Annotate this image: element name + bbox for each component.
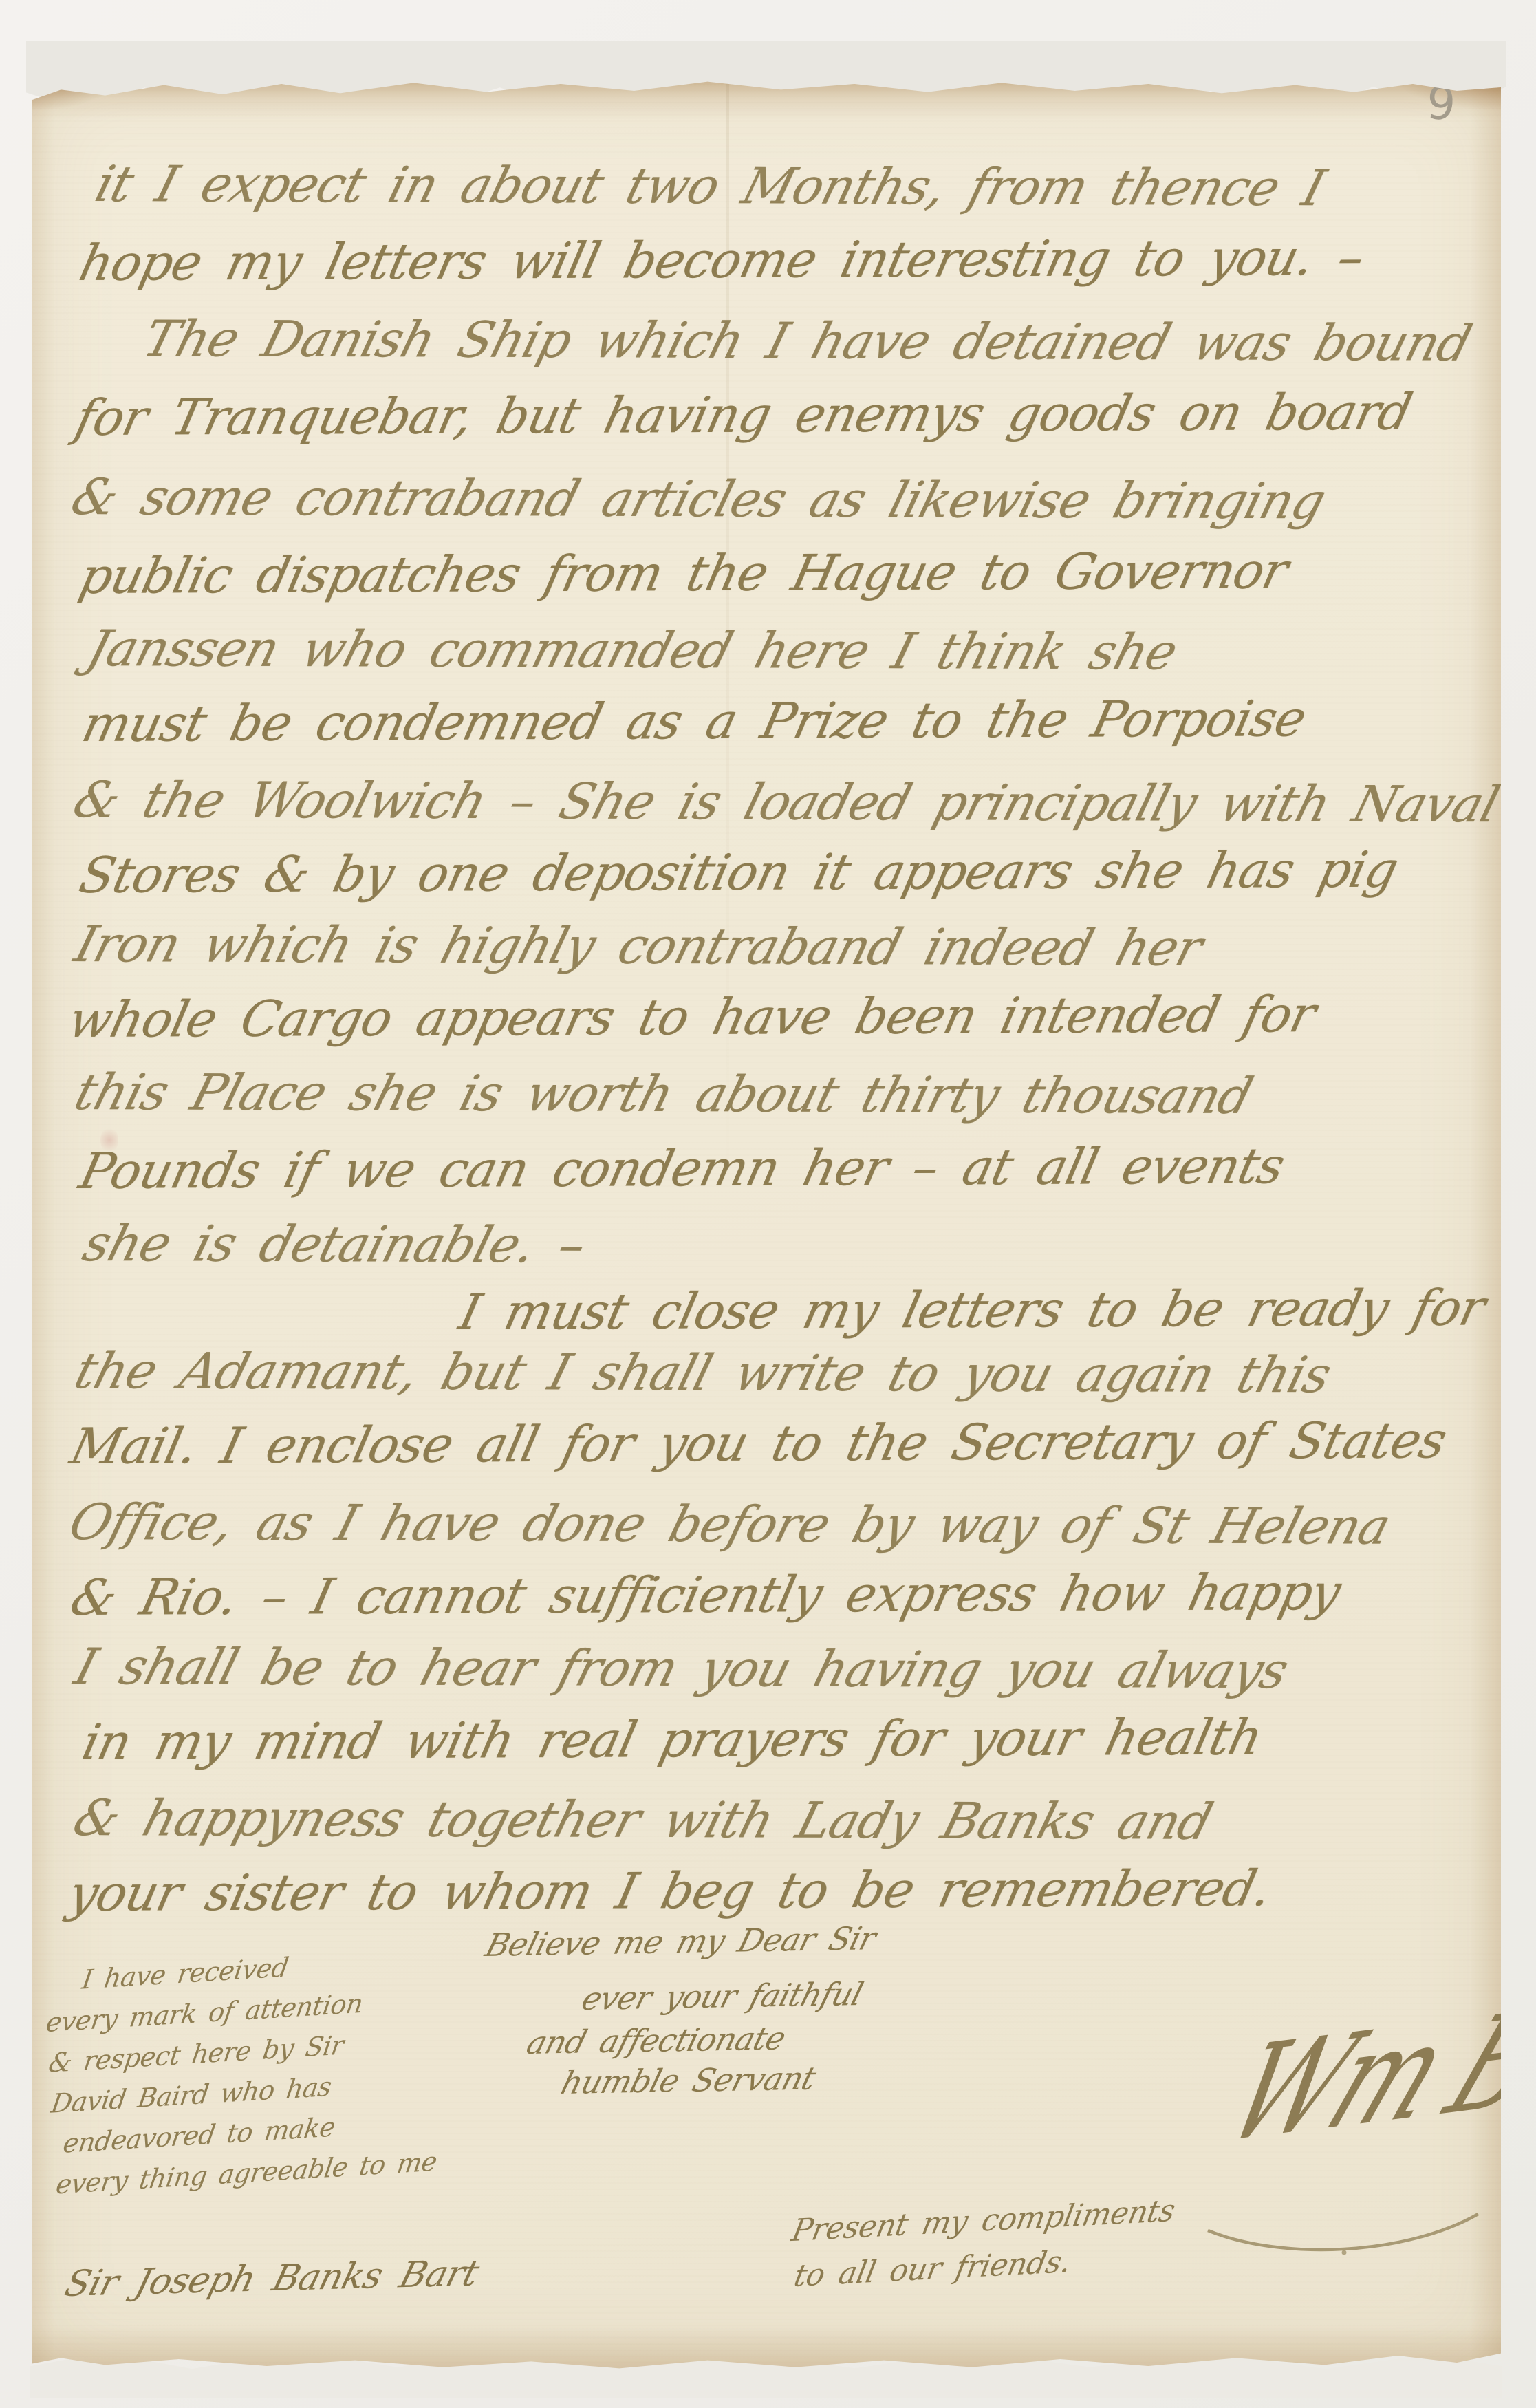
closing-line: ever your faithful: [578, 1975, 867, 2017]
manuscript-line: whole Cargo appears to have been intende…: [63, 985, 1321, 1049]
manuscript-line: & Rio. – I cannot sufficiently express h…: [65, 1563, 1345, 1626]
manuscript-line: she is detainable. –: [77, 1214, 592, 1274]
closing-line: Believe me my Dear Sir: [482, 1920, 880, 1964]
manuscript-line: hope my letters will become interesting …: [74, 228, 1370, 292]
manuscript-line: in my mind with real prayers for your he…: [77, 1708, 1267, 1771]
postscript: Present my compliments to all our friend…: [791, 2189, 1178, 2299]
signature: Wm Bligh: [1207, 1960, 1536, 2173]
manuscript-line: your sister to whom I beg to be remember…: [63, 1859, 1277, 1922]
recipient-line: Sir Joseph Banks Bart: [61, 2253, 483, 2305]
closing-line: and affectionate: [523, 2020, 790, 2061]
manuscript-line: I must close my letters to be ready for: [454, 1279, 1490, 1341]
manuscript-line: the Adamant, but I shall write to you ag…: [69, 1342, 1337, 1404]
manuscript-line: I shall be to hear from you having you a…: [69, 1637, 1294, 1699]
manuscript-line: Stores & by one deposition it appears sh…: [74, 841, 1403, 904]
manuscript-line: for Tranquebar, but having enemys goods …: [70, 383, 1417, 447]
manuscript-line: Pounds if we can condemn her – at all ev…: [74, 1137, 1290, 1200]
manuscript-line: public dispatches from the Hague to Gove…: [74, 541, 1293, 605]
manuscript-line: & happyness together with Lady Banks and: [67, 1789, 1218, 1851]
marginal-note: I have received every mark of attention …: [43, 1939, 438, 2205]
manuscript-line: it I expect in about two Months, from th…: [89, 155, 1331, 217]
closing-line: humble Servant: [557, 2060, 819, 2101]
signature-block: Wm Bligh: [1200, 2046, 1502, 2273]
manuscript-line: Office, as I have done before by way of …: [63, 1493, 1396, 1556]
scanner-background: 9 it I expect in about two Months, from …: [0, 0, 1536, 2408]
manuscript-line: & some contraband articles as likewise b…: [65, 468, 1332, 530]
manuscript-line: & the Woolwich – She is loaded principal…: [67, 771, 1505, 833]
signature-flourish-icon: [1200, 2204, 1489, 2259]
manuscript-line: Iron which is highly contraband indeed h…: [69, 915, 1208, 977]
manuscript-line: must be condemned as a Prize to the Porp…: [77, 689, 1311, 753]
letter-paper: 9 it I expect in about two Months, from …: [32, 77, 1501, 2369]
manuscript-line: this Place she is worth about thirty tho…: [69, 1063, 1258, 1125]
manuscript-line: Mail. I enclose all for you to the Secre…: [65, 1411, 1451, 1475]
manuscript-line: The Danish Ship which I have detained wa…: [138, 310, 1477, 372]
manuscript-line: Janssen who commanded here I think she: [81, 619, 1183, 681]
